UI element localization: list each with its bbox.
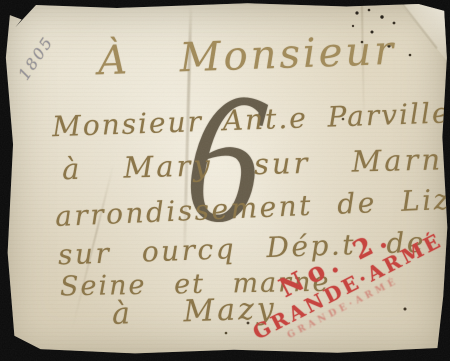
address-line-name: Monsieur Ant.e Parvillez xyxy=(52,99,450,141)
address-line-town: à Mary sur Marne xyxy=(62,145,450,184)
letter-paper: 1805 À Monsieur 6 Monsieur Ant.e Parvill… xyxy=(0,0,450,361)
pencil-date-note: 1805 xyxy=(16,34,57,83)
photo-backdrop: 1805 À Monsieur 6 Monsieur Ant.e Parvill… xyxy=(0,0,450,361)
paper-specks xyxy=(0,0,2,2)
